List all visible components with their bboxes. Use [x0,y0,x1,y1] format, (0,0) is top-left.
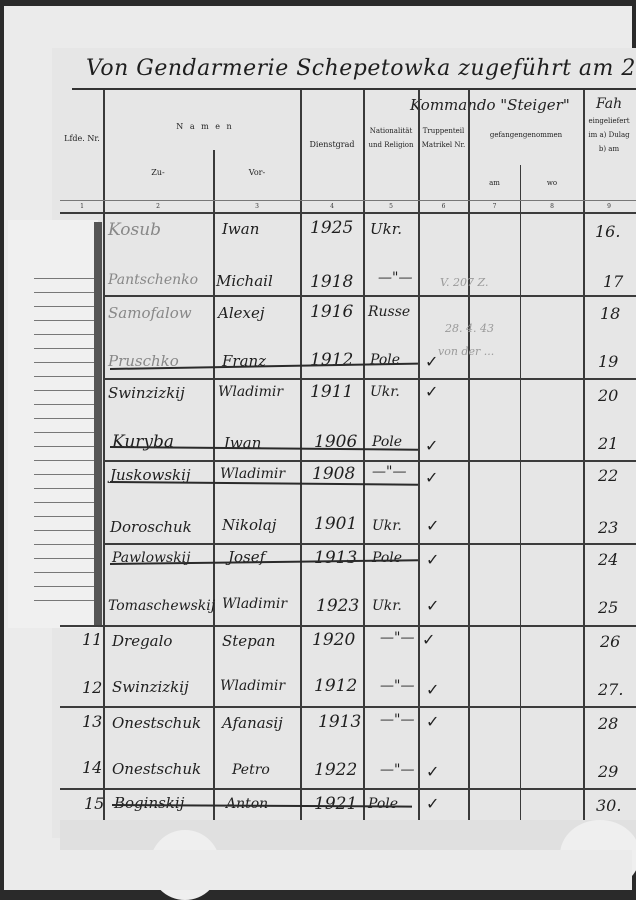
col-number: 2 [104,203,212,210]
pencil-note: 28. 4. 43 [445,322,494,335]
flap-rule [34,516,100,517]
flap-rule [34,432,100,433]
flap-rule [34,376,100,377]
header-captured-place: wo [521,176,583,190]
row-number-cell: 14 [82,758,102,777]
folded-flap-overlay [8,220,98,628]
annotation-corner: Fah [596,96,622,112]
col-number: 6 [419,203,468,210]
nationality-cell: —"— [372,464,406,480]
delivered-number-cell: 28 [598,714,618,733]
annotation-kommando: Kommando "Steiger" [410,96,570,114]
firstname-cell: Alexej [218,304,265,322]
flap-rule [34,446,100,447]
surname-cell: Swinzizkij [108,384,185,402]
firstname-cell: Wladimir [220,678,285,694]
firstname-cell: Stepan [222,632,275,650]
flap-rule [34,544,100,545]
surname-cell: Pantschenko [108,272,198,288]
delivered-number-cell: 29 [598,762,618,781]
nationality-cell: Ukr. [372,518,402,534]
delivered-number-cell: 25 [598,598,618,617]
delivered-number-cell: 18 [600,304,620,323]
delivered-number-cell: 24 [598,550,618,569]
nationality-cell: —"— [380,712,414,728]
year-cell: 1922 [314,760,357,780]
flap-rule [34,488,100,489]
flap-rule [34,306,100,307]
flap-rule [34,292,100,293]
firstname-cell: Nikolaj [222,516,276,534]
flap-rule [34,558,100,559]
check-mark-icon: ✓ [426,596,439,615]
year-cell: 1901 [314,514,357,534]
row-number-cell: 15 [84,794,104,813]
nationality-cell: —"— [380,678,414,694]
delivered-number-cell: 17 [603,272,623,291]
year-cell: 1921 [314,794,357,814]
flap-rule [34,530,100,531]
pencil-note: von der ... [438,345,494,358]
year-cell: 1925 [310,218,353,238]
year-cell: 1912 [310,350,353,370]
row-rule [103,295,636,297]
row-rule [60,212,636,214]
check-mark-icon: ✓ [426,516,439,535]
year-cell: 1913 [318,712,361,732]
nationality-cell: —"— [380,630,414,646]
flap-rule [34,418,100,419]
nationality-cell: Ukr. [372,598,402,614]
surname-cell: Onestschuk [112,760,201,778]
delivered-number-cell: 20 [598,386,618,405]
row-number-cell: 12 [82,678,102,697]
col-number: 8 [521,203,583,210]
year-cell: 1913 [314,548,357,568]
header-firstname: Vor- [214,166,300,180]
row-rule [60,706,636,708]
nationality-cell: Pole [372,550,402,566]
surname-cell: Onestschuk [112,714,201,732]
flap-edge-shadow [94,222,102,626]
delivered-number-cell: 21 [598,434,618,453]
flap-rule [34,474,100,475]
year-cell: 1920 [312,630,355,650]
col-line [520,165,521,820]
firstname-cell: Iwan [224,434,261,452]
delivered-number-cell: 16. [595,222,620,241]
surname-cell: Samofalow [108,304,192,322]
header-unit: Truppenteil Matrikel Nr. [419,124,468,152]
flap-rule [34,390,100,391]
row-rule [60,625,636,627]
nationality-cell: Pole [368,796,398,812]
flap-rule [34,572,100,573]
firstname-cell: Wladimir [222,596,287,612]
check-mark-icon: ✓ [426,550,439,569]
year-cell: 1923 [316,596,359,616]
year-cell: 1908 [312,464,355,484]
check-mark-icon: ✓ [425,382,438,401]
firstname-cell: Wladimir [218,384,283,400]
check-mark-icon: ✓ [426,680,439,699]
header-delivered: eingeliefert im a) Dulag b) am [584,114,634,156]
firstname-cell: Afanasij [222,714,283,732]
year-cell: 1912 [314,676,357,696]
flap-rule [34,460,100,461]
check-mark-icon: ✓ [426,712,439,731]
flap-rule [34,404,100,405]
row-rule [60,788,636,790]
col-number: 1 [62,203,102,210]
flap-rule [34,348,100,349]
surname-cell: Swinzizkij [112,678,189,696]
year-cell: 1918 [310,272,353,292]
flap-rule [34,320,100,321]
check-mark-icon: ✓ [426,762,439,781]
flap-rule [34,334,100,335]
header-rank: Dienstgrad [301,138,363,152]
firstname-cell: Wladimir [220,466,285,482]
row-rule [103,543,636,545]
column-number-rule [60,200,636,201]
surname-cell: Tomaschewskij [108,598,215,614]
col-number: 9 [584,203,634,210]
row-rule [103,460,636,462]
col-line [213,150,215,820]
title-underline [72,88,636,90]
delivered-number-cell: 23 [598,518,618,537]
col-number: 5 [364,203,418,210]
firstname-cell: Iwan [222,220,259,238]
delivered-number-cell: 30. [596,796,621,815]
scan-bottom [4,850,632,890]
nationality-cell: Russe [368,304,410,320]
year-cell: 1916 [310,302,353,322]
check-mark-icon: ✓ [422,630,435,649]
firstname-cell: Michail [216,272,273,290]
header-captured-date: am [469,176,520,190]
check-mark-icon: ✓ [425,468,438,487]
document-title: Von Gendarmerie Schepetowka zugeführt am… [86,56,636,81]
check-mark-icon: ✓ [425,436,438,455]
pencil-note: V. 207 Z. [440,276,488,289]
header-lfd-nr: Lfde. Nr. [62,132,102,146]
flap-rule [34,502,100,503]
year-cell: 1911 [310,382,353,402]
delivered-number-cell: 19 [598,352,618,371]
torn-edge [60,820,636,850]
surname-cell: Boginskij [114,794,184,812]
firstname-cell: Petro [232,762,270,778]
delivered-number-cell: 27. [598,680,623,699]
flap-rule [34,586,100,587]
row-number-cell: 11 [82,630,102,649]
nationality-cell: Ukr. [370,384,400,400]
firstname-cell: Josef [228,548,265,566]
col-number: 7 [469,203,520,210]
flap-rule [34,600,100,601]
check-mark-icon: ✓ [425,352,438,371]
header-surname: Zu- [104,166,212,180]
header-nationality: Nationalität und Religion [364,124,418,152]
col-number: 4 [301,203,363,210]
header-captured: gefangengenommen [469,128,583,142]
nationality-cell: Ukr. [370,220,402,238]
nationality-cell: Pole [370,352,400,368]
surname-cell: Doroschuk [110,518,192,536]
nationality-cell: —"— [378,270,412,286]
check-mark-icon: ✓ [426,794,439,813]
delivered-number-cell: 22 [598,466,618,485]
row-rule [103,378,636,380]
header-names-group: N a m e n [110,120,300,134]
flap-rule [34,278,100,279]
surname-cell: Kuryba [112,432,174,452]
nationality-cell: —"— [380,762,414,778]
row-number-cell: 13 [82,712,102,731]
surname-cell: Dregalo [112,632,172,650]
col-number: 3 [214,203,300,210]
surname-cell: Kosub [108,220,161,240]
delivered-number-cell: 26 [600,632,620,651]
flap-rule [34,362,100,363]
